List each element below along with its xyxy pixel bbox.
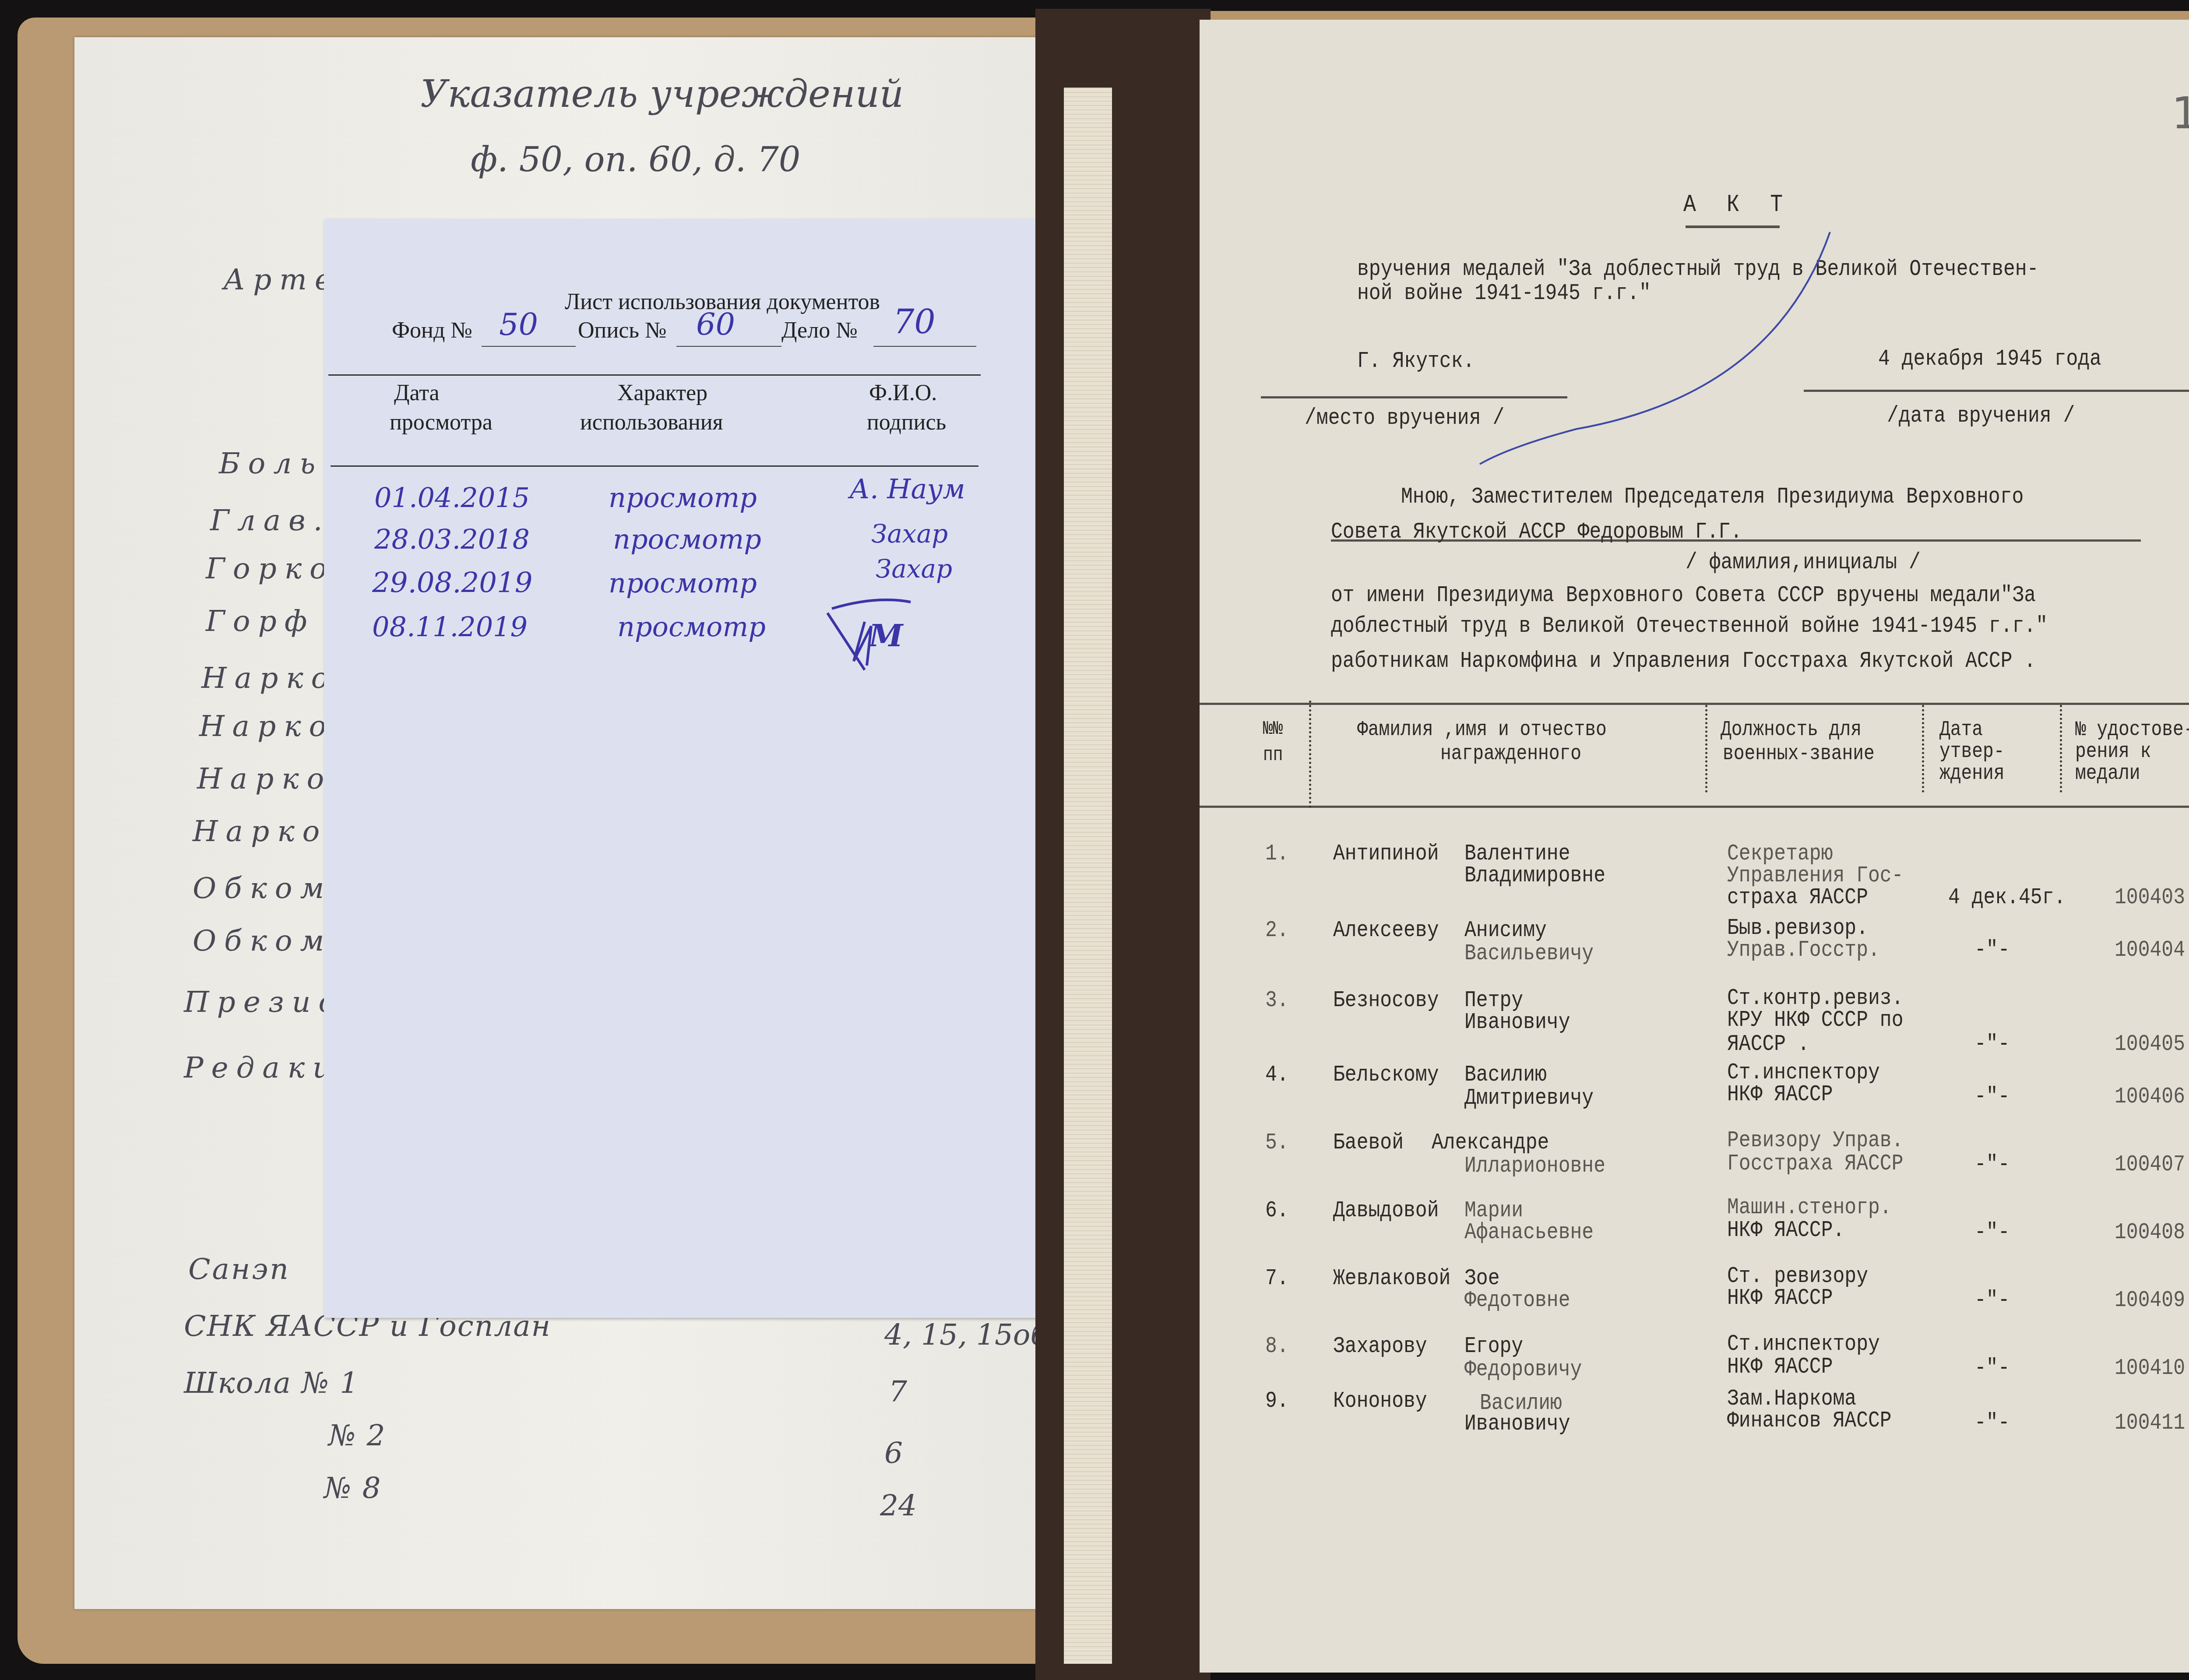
usage-row-signature: Захар bbox=[871, 519, 948, 549]
row-num: 9. bbox=[1265, 1388, 1289, 1414]
act-para-line4: доблестный труд в Великой Отечественной … bbox=[1331, 613, 2048, 639]
index-entry: Обком bbox=[193, 924, 332, 958]
row-position-line: Машин.стеногр. bbox=[1727, 1194, 1892, 1220]
index-entry: Нарко bbox=[197, 762, 332, 796]
col-usage-line1: Характер bbox=[617, 380, 707, 406]
usage-row-type: просмотр bbox=[609, 567, 757, 599]
index-entry-pages: 6 bbox=[884, 1436, 903, 1470]
th-position-line1: Должность для bbox=[1721, 718, 1862, 742]
act-para-line3: от имени Президиума Верховного Совета СС… bbox=[1331, 582, 2036, 608]
th-date-line1: Дата bbox=[1939, 718, 1983, 742]
row-name: Василию bbox=[1464, 1062, 1547, 1088]
delo-underline bbox=[873, 346, 976, 347]
index-entry: Горф bbox=[206, 604, 315, 638]
spine-binding-cloth bbox=[1064, 88, 1112, 1664]
pen-stroke-mark bbox=[1270, 219, 1883, 525]
index-reference: ф. 50, оп. 60, д. 70 bbox=[471, 140, 800, 180]
th-date-line2: утвер- bbox=[1939, 740, 2005, 764]
table-rule-bottom bbox=[1200, 806, 2189, 808]
row-num: 3. bbox=[1265, 987, 1289, 1013]
row-date: -"- bbox=[1974, 1219, 2010, 1245]
row-position-line: КРУ НКФ СССР по bbox=[1727, 1007, 1904, 1033]
act-para-line5: работникам Наркомфина и Управления Госст… bbox=[1331, 648, 2036, 674]
row-position-line: НКФ ЯАССР bbox=[1727, 1285, 1833, 1311]
date-caption: /дата вручения / bbox=[1887, 403, 2075, 429]
row-position-line: НКФ ЯАССР. bbox=[1727, 1217, 1844, 1243]
row-num: 8. bbox=[1265, 1333, 1289, 1359]
row-patronymic: Федоровичу bbox=[1464, 1356, 1582, 1382]
name-underline bbox=[1331, 539, 2141, 542]
col-sign-line1: Ф.И.О. bbox=[869, 380, 937, 406]
index-entry: Глав. bbox=[210, 504, 330, 537]
row-surname: Захарову bbox=[1333, 1333, 1427, 1359]
row-position-line: Финансов ЯАССР bbox=[1727, 1408, 1892, 1433]
row-surname: Алексееву bbox=[1333, 917, 1439, 943]
usage-row-type: просмотр bbox=[613, 523, 761, 555]
fond-underline bbox=[482, 346, 576, 347]
th-cert-line1: № удостове- bbox=[2075, 718, 2189, 742]
th-position-line2: военных-звание bbox=[1723, 742, 1875, 766]
index-entry-pages: 7 bbox=[889, 1375, 907, 1409]
usage-row-date: 08.11.2019 bbox=[372, 611, 528, 643]
th-name-line2: награжденного bbox=[1440, 742, 1581, 766]
opis-label: Опись № bbox=[578, 317, 667, 343]
row-name: Александре bbox=[1432, 1130, 1549, 1155]
index-entry: Редакц bbox=[184, 1051, 341, 1085]
row-position-line: Госстраха ЯАССР bbox=[1727, 1151, 1904, 1176]
row-cert: 100407 bbox=[2115, 1152, 2185, 1177]
col-date-line1: Дата bbox=[394, 380, 440, 406]
row-num: 6. bbox=[1265, 1197, 1289, 1223]
index-entry: Презид bbox=[184, 985, 345, 1019]
row-cert: 100403 bbox=[2115, 884, 2185, 910]
row-surname: Бельскому bbox=[1333, 1062, 1439, 1088]
th-date-line3: ждения bbox=[1939, 762, 2005, 785]
row-patronymic: Федотовне bbox=[1464, 1287, 1570, 1313]
usage-row-date: 28.03.2018 bbox=[374, 523, 530, 555]
row-patronymic: Ивановичу bbox=[1464, 1411, 1570, 1437]
row-surname: Антипиной bbox=[1333, 841, 1439, 866]
table-col-divider bbox=[2060, 705, 2062, 792]
row-date: -"- bbox=[1974, 1152, 2010, 1177]
row-num: 4. bbox=[1265, 1062, 1289, 1088]
index-entry: Горко bbox=[206, 552, 335, 585]
usage-row-signature: А. Наум bbox=[849, 473, 965, 505]
row-cert: 100410 bbox=[2115, 1355, 2185, 1381]
row-surname: Безносову bbox=[1333, 987, 1439, 1013]
row-date: -"- bbox=[1974, 937, 2010, 963]
row-position-line: НКФ ЯАССР bbox=[1727, 1081, 1833, 1107]
row-position-line: ЯАССР . bbox=[1727, 1031, 1809, 1057]
th-num-line2: пп bbox=[1263, 744, 1283, 766]
row-date: -"- bbox=[1974, 1287, 2010, 1313]
usage-row-date: 29.08.2019 bbox=[372, 567, 532, 599]
index-entry: Нарко bbox=[193, 814, 327, 848]
index-entry: Арте bbox=[223, 263, 340, 296]
index-entry: Санэп bbox=[188, 1252, 290, 1286]
table-rule-top bbox=[1200, 703, 2189, 705]
row-num: 1. bbox=[1265, 841, 1289, 866]
header-rule-top bbox=[328, 374, 981, 376]
table-col-divider bbox=[1309, 701, 1311, 808]
th-cert-line3: медали bbox=[2075, 762, 2140, 785]
page-number: 1 bbox=[2171, 88, 2189, 139]
row-cert: 100404 bbox=[2115, 937, 2185, 963]
usage-row-signature: М bbox=[869, 617, 903, 654]
row-position-line: Ревизору Управ. bbox=[1727, 1127, 1904, 1153]
row-position-line: НКФ ЯАССР bbox=[1727, 1354, 1833, 1380]
opis-underline bbox=[676, 346, 781, 347]
row-name: Анисиму bbox=[1464, 917, 1547, 943]
row-num: 2. bbox=[1265, 917, 1289, 943]
row-date: -"- bbox=[1974, 1084, 2010, 1109]
col-date-line2: просмотра bbox=[390, 409, 493, 435]
act-para-line1: Мною, Заместителем Председателя Президиу… bbox=[1401, 484, 2024, 510]
fond-value: 50 bbox=[499, 306, 538, 342]
index-entry: № 2 bbox=[328, 1419, 386, 1452]
name-caption: / фамилия,инициалы / bbox=[1686, 549, 1921, 575]
row-position-line: страха ЯАССР bbox=[1727, 884, 1868, 910]
fond-label: Фонд № bbox=[392, 317, 472, 343]
usage-row-signature: Захар bbox=[876, 554, 952, 584]
index-entry: № 8 bbox=[324, 1471, 381, 1505]
row-surname: Кононову bbox=[1333, 1388, 1427, 1414]
row-patronymic: Дмитриевичу bbox=[1464, 1085, 1594, 1111]
header-rule-bottom bbox=[331, 465, 978, 467]
row-cert: 100411 bbox=[2115, 1410, 2185, 1436]
delo-value: 70 bbox=[893, 302, 936, 341]
usage-row-type: просмотр bbox=[609, 482, 757, 514]
index-entry: Нарко bbox=[199, 709, 334, 743]
row-patronymic: Ивановичу bbox=[1464, 1009, 1570, 1035]
row-position-line: Ст.инспектору bbox=[1727, 1331, 1880, 1357]
col-usage-line2: использования bbox=[580, 409, 723, 435]
row-date: 4 дек.45г. bbox=[1948, 884, 2066, 910]
row-surname: Баевой bbox=[1333, 1130, 1404, 1155]
col-sign-line2: подпись bbox=[867, 409, 946, 435]
act-title: А К Т bbox=[1683, 190, 1792, 218]
act-date: 4 декабря 1945 года bbox=[1878, 346, 2101, 372]
row-patronymic: Афанасьевне bbox=[1464, 1219, 1594, 1245]
row-position-line: Управ.Госстр. bbox=[1727, 937, 1880, 963]
row-date: -"- bbox=[1974, 1410, 2010, 1436]
usage-row-type: просмотр bbox=[617, 611, 766, 643]
row-patronymic: Илларионовне bbox=[1464, 1153, 1605, 1179]
index-entry-pages: 24 bbox=[880, 1489, 917, 1522]
row-cert: 100405 bbox=[2115, 1031, 2185, 1057]
delo-label: Дело № bbox=[781, 317, 858, 343]
row-surname: Давыдовой bbox=[1333, 1197, 1439, 1223]
row-patronymic: Васильевичу bbox=[1464, 940, 1594, 966]
index-entry: Нарко bbox=[201, 661, 336, 695]
row-name: Егору bbox=[1464, 1333, 1523, 1359]
row-cert: 100408 bbox=[2115, 1219, 2185, 1245]
row-date: -"- bbox=[1974, 1031, 2010, 1057]
row-cert: 100406 bbox=[2115, 1084, 2185, 1109]
row-surname: Жевлаковой bbox=[1333, 1265, 1450, 1291]
row-patronymic: Владимировне bbox=[1464, 863, 1605, 888]
row-num: 5. bbox=[1265, 1130, 1289, 1155]
table-col-divider bbox=[1705, 705, 1707, 792]
opis-value: 60 bbox=[696, 306, 735, 342]
row-date: -"- bbox=[1974, 1355, 2010, 1381]
table-col-divider bbox=[1922, 705, 1924, 792]
index-entry: Школа № 1 bbox=[184, 1366, 359, 1400]
index-title: Указатель учреждений bbox=[420, 72, 904, 116]
row-cert: 100409 bbox=[2115, 1287, 2185, 1313]
th-name-line1: Фамилия ,имя и отчество bbox=[1357, 718, 1607, 742]
th-cert-line2: рения к bbox=[2075, 740, 2151, 764]
usage-row-date: 01.04.2015 bbox=[374, 482, 530, 514]
index-entry: Обком bbox=[193, 871, 332, 905]
folder-spine bbox=[1035, 9, 1211, 1680]
th-num-line1: №№ bbox=[1263, 718, 1283, 740]
row-num: 7. bbox=[1265, 1265, 1289, 1291]
